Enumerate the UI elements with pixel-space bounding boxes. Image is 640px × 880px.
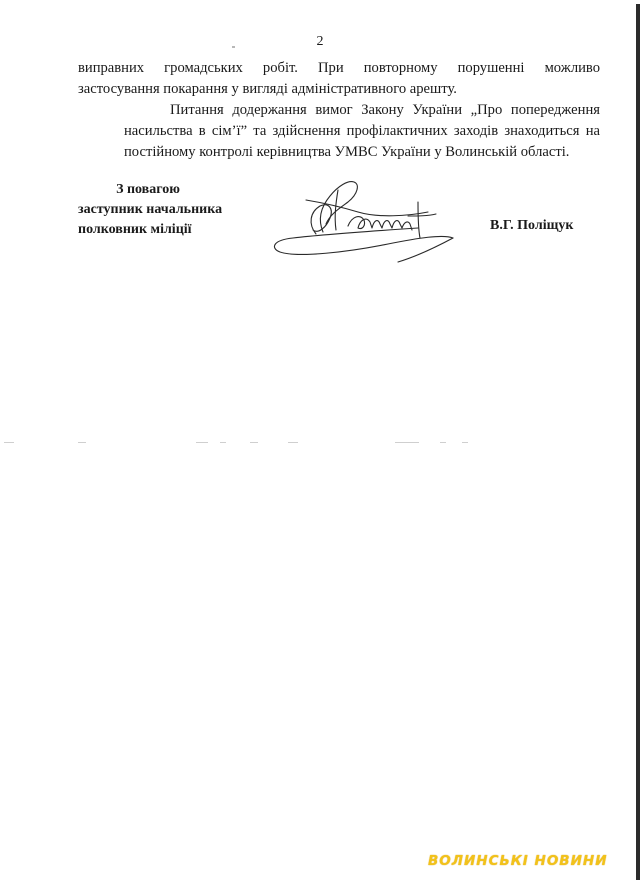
- scan-artifact-line: [0, 442, 636, 444]
- scan-speck: [232, 46, 235, 48]
- paragraph-1: виправних громадських робіт. При повторн…: [78, 58, 600, 100]
- closing-greeting: З повагою: [78, 180, 218, 200]
- paragraph-2: Питання додержання вимог Закону України …: [78, 100, 600, 163]
- paragraph-1-line-1: виправних громадських робіт. При повторн…: [78, 58, 600, 79]
- paragraph-2-line-1: Питання додержання вимог Закону України …: [78, 100, 600, 121]
- signature-icon: [268, 172, 468, 264]
- signer-name: В.Г. Поліщук: [490, 218, 574, 234]
- document-body: виправних громадських робіт. При повторн…: [78, 58, 600, 163]
- scan-border-edge: [636, 4, 640, 880]
- paragraph-2-line-2: насильства в сім’ї” та здійснення профіл…: [78, 121, 600, 142]
- publisher-watermark: ВОЛИНСЬКІ НОВИНИ: [428, 853, 608, 869]
- closing-position: заступник начальника: [78, 200, 238, 220]
- closing-rank: полковник міліції: [78, 220, 238, 240]
- paragraph-2-line-3: постійному контролі керівництва УМВС Укр…: [78, 142, 600, 163]
- page-number: 2: [0, 34, 640, 50]
- document-page: 2 виправних громадських робіт. При повто…: [0, 0, 636, 880]
- closing-block: З повагою заступник начальника полковник…: [78, 180, 238, 240]
- paragraph-1-line-2: застосування покарання у вигляді адмініс…: [78, 79, 600, 100]
